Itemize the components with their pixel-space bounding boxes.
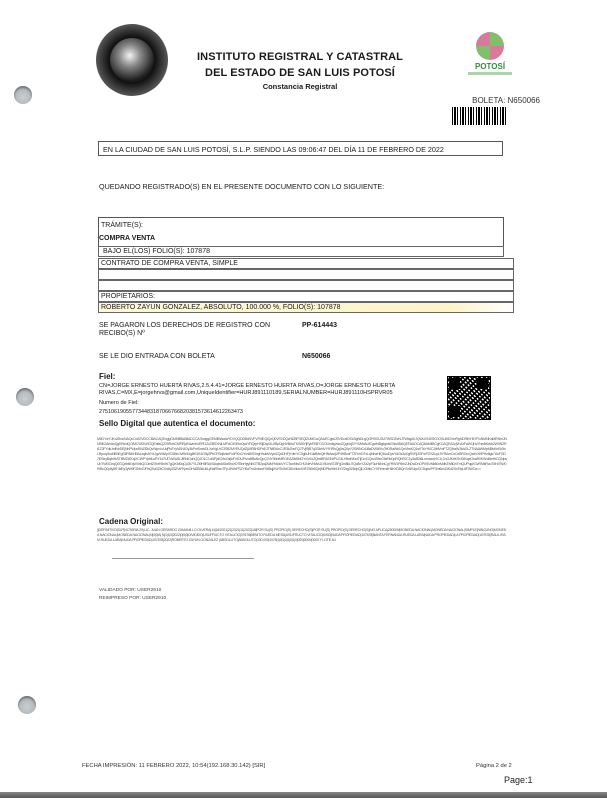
punch-hole: [18, 696, 36, 714]
potosi-logo-text: POTOSÍ: [466, 62, 514, 71]
print-date: FECHA IMPRESIÓN: 11 FEBRERO 2022, 10:54(…: [82, 763, 265, 769]
punch-hole: [16, 388, 34, 406]
contract-type: CONTRATO DE COMPRA VENTA, SIMPLE: [98, 258, 514, 269]
divider: [112, 558, 254, 559]
eagle-emblem-icon: [110, 38, 154, 82]
fiel-number: 2751061905577344831870667668203815736146…: [99, 409, 243, 416]
owners-label: PROPIETARIOS:: [98, 291, 514, 302]
fiel-subject: CN=JORGE ERNESTO HUERTA RIVAS,2.5.4.41=J…: [99, 383, 429, 397]
digital-seal-text: MIIGYwYJKoZIhvcNAQcCoIIGVDCCBlACAQExggGM…: [97, 437, 507, 512]
reprinted-by: REIMPRESO POR: USER2910: [99, 595, 166, 602]
tramites-box: TRÁMITE(S): COMPRA VENTA: [98, 217, 504, 247]
page-number: Page:1: [504, 775, 533, 785]
entry-label: SE LE DIO ENTRADA CON BOLETA: [99, 353, 215, 361]
seal-heading: Sello Digital que autentica el documento…: [99, 419, 255, 428]
payment-receipt-number: PP-614443: [302, 322, 337, 329]
fiel-number-label: Numero de Fiel:: [99, 400, 139, 407]
potosi-logo-tagline: [468, 72, 512, 75]
tramite-type: COMPRA VENTA: [99, 235, 155, 242]
qr-code-icon: [447, 376, 491, 420]
owner-entry: ROBERTO ZAYUN GONZALEZ, ABSOLUTO, 100.00…: [98, 302, 514, 313]
cadena-heading: Cadena Original:: [99, 517, 163, 526]
date-statement: EN LA CIUDAD DE SAN LUIS POTOSÍ, S.L.P. …: [98, 141, 503, 156]
empty-row: [98, 269, 514, 280]
validated-by: VALIDADO POR: USER2910: [99, 587, 161, 594]
punch-hole: [14, 86, 32, 104]
entry-boleta-number: N650066: [302, 353, 330, 360]
folio-line: BAJO EL(LOS) FOLIO(S): 107878: [98, 246, 504, 257]
page-count: Página 2 de 2: [476, 763, 512, 769]
cadena-original-text: ||DEFINITIVO|SLP|NOTARIA 29| LIC. JUAN G…: [97, 528, 507, 554]
barcode-icon: [452, 107, 508, 125]
document-type: Constancia Registral: [180, 82, 420, 91]
registration-intro: QUEDANDO REGISTRADO(S) EN EL PRESENTE DO…: [99, 182, 384, 191]
boleta-number: BOLETA: N650066: [440, 96, 540, 105]
institution-title-line1: INSTITUTO REGISTRAL Y CATASTRAL: [180, 51, 420, 63]
institution-title-line2: DEL ESTADO DE SAN LUIS POTOSÍ: [180, 67, 420, 79]
empty-row: [98, 280, 514, 291]
tramites-label: TRÁMITE(S):: [101, 222, 143, 229]
payment-label: SE PAGARON LOS DERECHOS DE REGISTRO CON …: [99, 322, 289, 338]
scan-bottom-edge: [0, 792, 607, 798]
potosi-logo-icon: [476, 32, 504, 60]
mexican-coat-of-arms-seal: [96, 24, 168, 96]
fiel-heading: Fiel:: [99, 372, 115, 381]
